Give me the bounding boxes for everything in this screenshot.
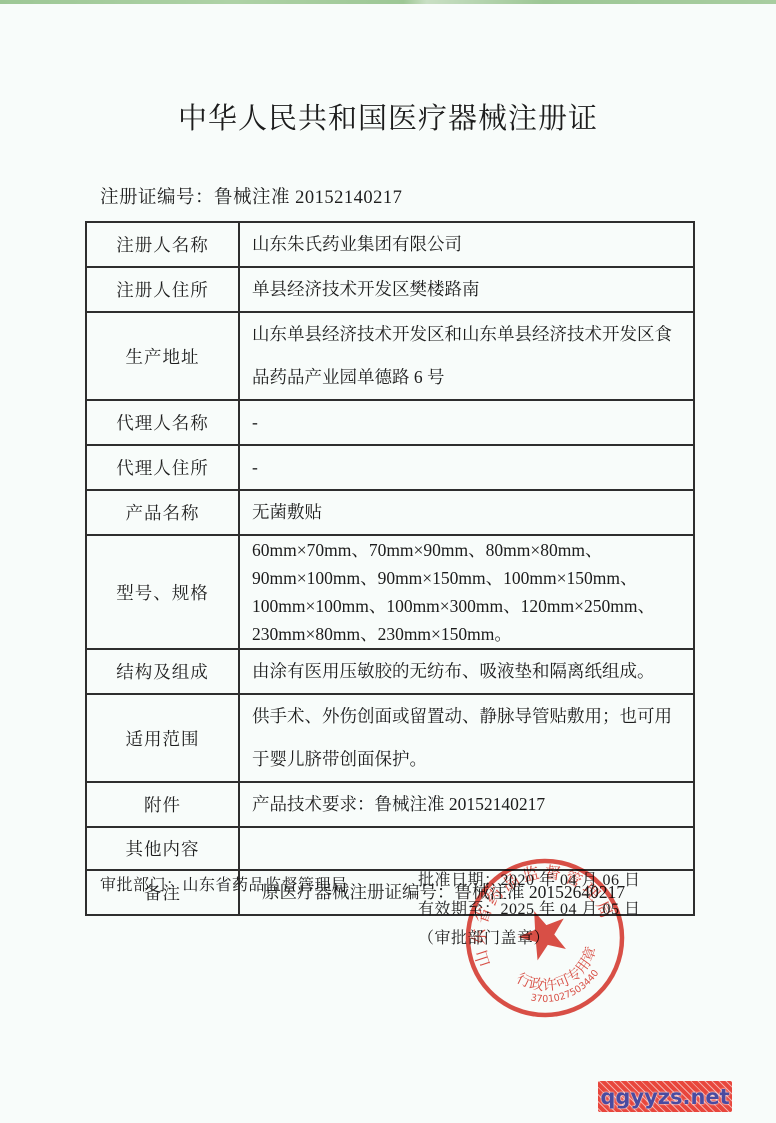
valid-until-date: 有效期至：2025 年 04 月 05 日 bbox=[418, 895, 641, 924]
table-row: 注册人名称 山东朱氏药业集团有限公司 bbox=[87, 223, 693, 266]
table-row: 代理人住所 - bbox=[87, 444, 693, 489]
row-value bbox=[240, 828, 693, 869]
row-value: 60mm×70mm、70mm×90mm、80mm×80mm、90mm×100mm… bbox=[240, 536, 693, 648]
row-value-text: 山东单县经济技术开发区和山东单县经济技术开发区食品药品产业园单德路 6 号 bbox=[252, 313, 681, 399]
scan-edge-artifact bbox=[0, 0, 776, 4]
certificate-number-line: 注册证编号：鲁械注准 20152140217 bbox=[100, 183, 402, 209]
row-value: 无菌敷贴 bbox=[240, 491, 693, 534]
row-label: 附件 bbox=[87, 783, 240, 826]
approval-date: 批准日期：2020 年 04 月 06 日 bbox=[418, 866, 641, 895]
seal-number: 3701027503440 bbox=[526, 966, 606, 1015]
row-label: 注册人住所 bbox=[87, 268, 240, 311]
row-label: 产品名称 bbox=[87, 491, 240, 534]
row-label: 代理人名称 bbox=[87, 401, 240, 444]
row-label: 结构及组成 bbox=[87, 650, 240, 693]
row-value-text: 单县经济技术开发区樊楼路南 bbox=[252, 268, 480, 311]
table-row: 适用范围 供手术、外伤创面或留置动、静脉导管贴敷用；也可用于婴儿脐带创面保护。 bbox=[87, 693, 693, 781]
date-block: 批准日期：2020 年 04 月 06 日 有效期至：2025 年 04 月 0… bbox=[418, 866, 641, 953]
table-row: 型号、规格 60mm×70mm、70mm×90mm、80mm×80mm、90mm… bbox=[87, 534, 693, 648]
table-row: 产品名称 无菌敷贴 bbox=[87, 489, 693, 534]
row-value: 单县经济技术开发区樊楼路南 bbox=[240, 268, 693, 311]
row-value-text: 供手术、外伤创面或留置动、静脉导管贴敷用；也可用于婴儿脐带创面保护。 bbox=[252, 695, 681, 781]
row-value-text: 60mm×70mm、70mm×90mm、80mm×80mm、90mm×100mm… bbox=[252, 536, 681, 648]
table-row: 生产地址 山东单县经济技术开发区和山东单县经济技术开发区食品药品产业园单德路 6… bbox=[87, 311, 693, 399]
site-watermark: qgyyzs.net bbox=[598, 1081, 732, 1112]
certificate-info-table: 注册人名称 山东朱氏药业集团有限公司 注册人住所 单县经济技术开发区樊楼路南 生… bbox=[85, 221, 695, 916]
row-value-text: - bbox=[252, 446, 258, 489]
row-value: 山东朱氏药业集团有限公司 bbox=[240, 223, 693, 266]
row-value-text: 产品技术要求：鲁械注准 20152140217 bbox=[252, 783, 545, 826]
row-label: 型号、规格 bbox=[87, 536, 240, 648]
seal-note: （审批部门盖章） bbox=[418, 924, 641, 953]
approval-department: 审批部门：山东省药品监督管理局 bbox=[100, 872, 348, 895]
row-value-text: 由涂有医用压敏胶的无纺布、吸液垫和隔离纸组成。 bbox=[252, 650, 655, 693]
row-value: 由涂有医用压敏胶的无纺布、吸液垫和隔离纸组成。 bbox=[240, 650, 693, 693]
watermark-text: qgyyzs.net bbox=[600, 1085, 729, 1109]
row-label: 代理人住所 bbox=[87, 446, 240, 489]
table-row: 附件 产品技术要求：鲁械注准 20152140217 bbox=[87, 781, 693, 826]
row-value-text: - bbox=[252, 401, 258, 444]
row-value: 产品技术要求：鲁械注准 20152140217 bbox=[240, 783, 693, 826]
table-row: 注册人住所 单县经济技术开发区樊楼路南 bbox=[87, 266, 693, 311]
row-value: - bbox=[240, 401, 693, 444]
row-value: - bbox=[240, 446, 693, 489]
document-title: 中华人民共和国医疗器械注册证 bbox=[0, 96, 776, 137]
row-value-text: 无菌敷贴 bbox=[252, 491, 322, 534]
row-label: 注册人名称 bbox=[87, 223, 240, 266]
row-label: 适用范围 bbox=[87, 695, 240, 781]
row-value: 山东单县经济技术开发区和山东单县经济技术开发区食品药品产业园单德路 6 号 bbox=[240, 313, 693, 399]
table-row: 其他内容 bbox=[87, 826, 693, 869]
row-label: 其他内容 bbox=[87, 828, 240, 869]
table-row: 结构及组成 由涂有医用压敏胶的无纺布、吸液垫和隔离纸组成。 bbox=[87, 648, 693, 693]
row-value-text: 山东朱氏药业集团有限公司 bbox=[252, 223, 462, 266]
table-row: 代理人名称 - bbox=[87, 399, 693, 444]
row-value: 供手术、外伤创面或留置动、静脉导管贴敷用；也可用于婴儿脐带创面保护。 bbox=[240, 695, 693, 781]
row-label: 生产地址 bbox=[87, 313, 240, 399]
